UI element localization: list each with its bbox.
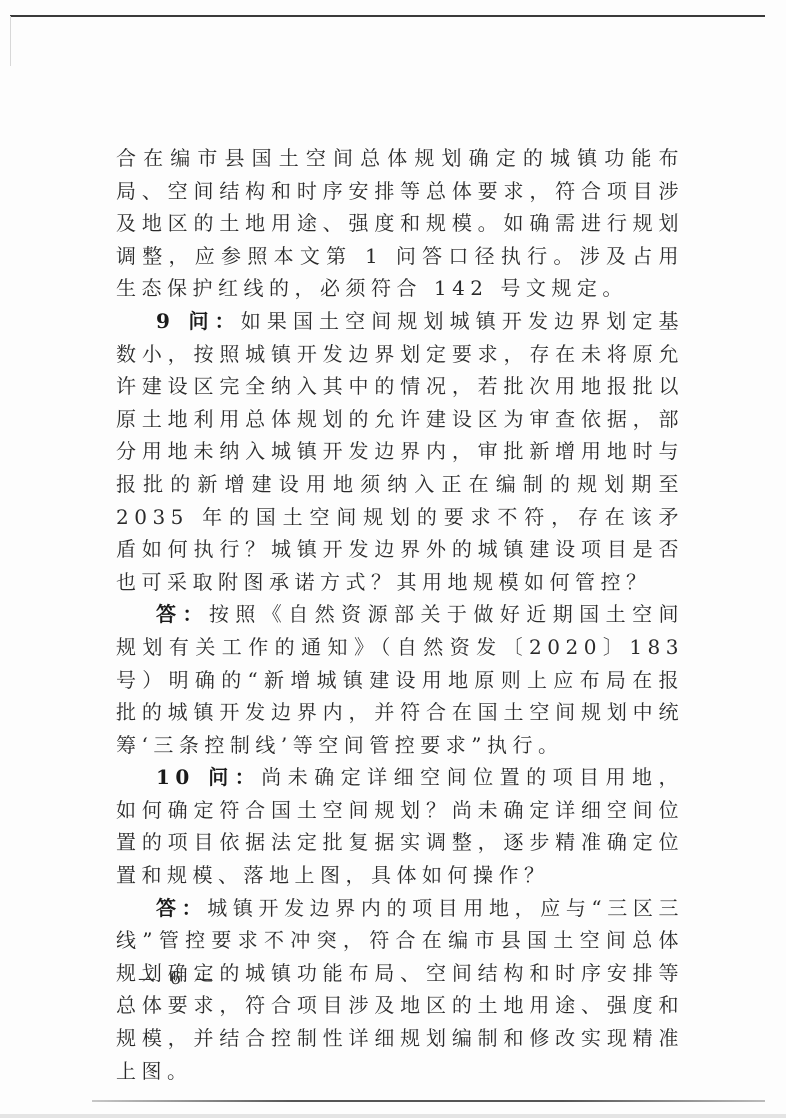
document-page: 合在编市县国土空间总体规划确定的城镇功能布局、空间结构和时序安排等总体要求，符合… [0,0,786,1118]
answer-10: 答：城镇开发边界内的项目用地，应与“三区三线”管控要求不冲突，符合在编市县国土空… [116,892,684,1088]
question-9: 9 问：如果国土空间规划城镇开发边界划定基数小，按照城镇开发边界划定要求，存在未… [116,305,684,598]
bottom-border-line [92,1100,765,1102]
page-bottom-edge [0,1114,786,1118]
answer-text: 城镇开发边界内的项目用地，应与“三区三线”管控要求不冲突，符合在编市县国土空间总… [116,896,684,1083]
left-scan-edge [10,16,11,66]
paragraph-continuation: 合在编市县国土空间总体规划确定的城镇功能布局、空间结构和时序安排等总体要求，符合… [116,142,684,305]
question-text: 如果国土空间规划城镇开发边界划定基数小，按照城镇开发边界划定要求，存在未将原允许… [116,309,684,594]
question-label: 9 问： [156,309,241,333]
top-border-line [10,15,765,17]
question-label: 10 问： [156,765,261,789]
question-10: 10 问：尚未确定详细空间位置的项目用地，如何确定符合国土空间规划？尚未确定详细… [116,761,684,891]
answer-9: 答：按照《自然资源部关于做好近期国土空间规划有关工作的通知》（自然资发〔2020… [116,598,684,761]
answer-label: 答： [156,602,209,626]
paragraph-text: 合在编市县国土空间总体规划确定的城镇功能布局、空间结构和时序安排等总体要求，符合… [116,146,684,300]
answer-label: 答： [156,896,207,920]
page-number: — 6 — [138,968,217,989]
body-text: 合在编市县国土空间总体规划确定的城镇功能布局、空间结构和时序安排等总体要求，符合… [116,142,684,1087]
